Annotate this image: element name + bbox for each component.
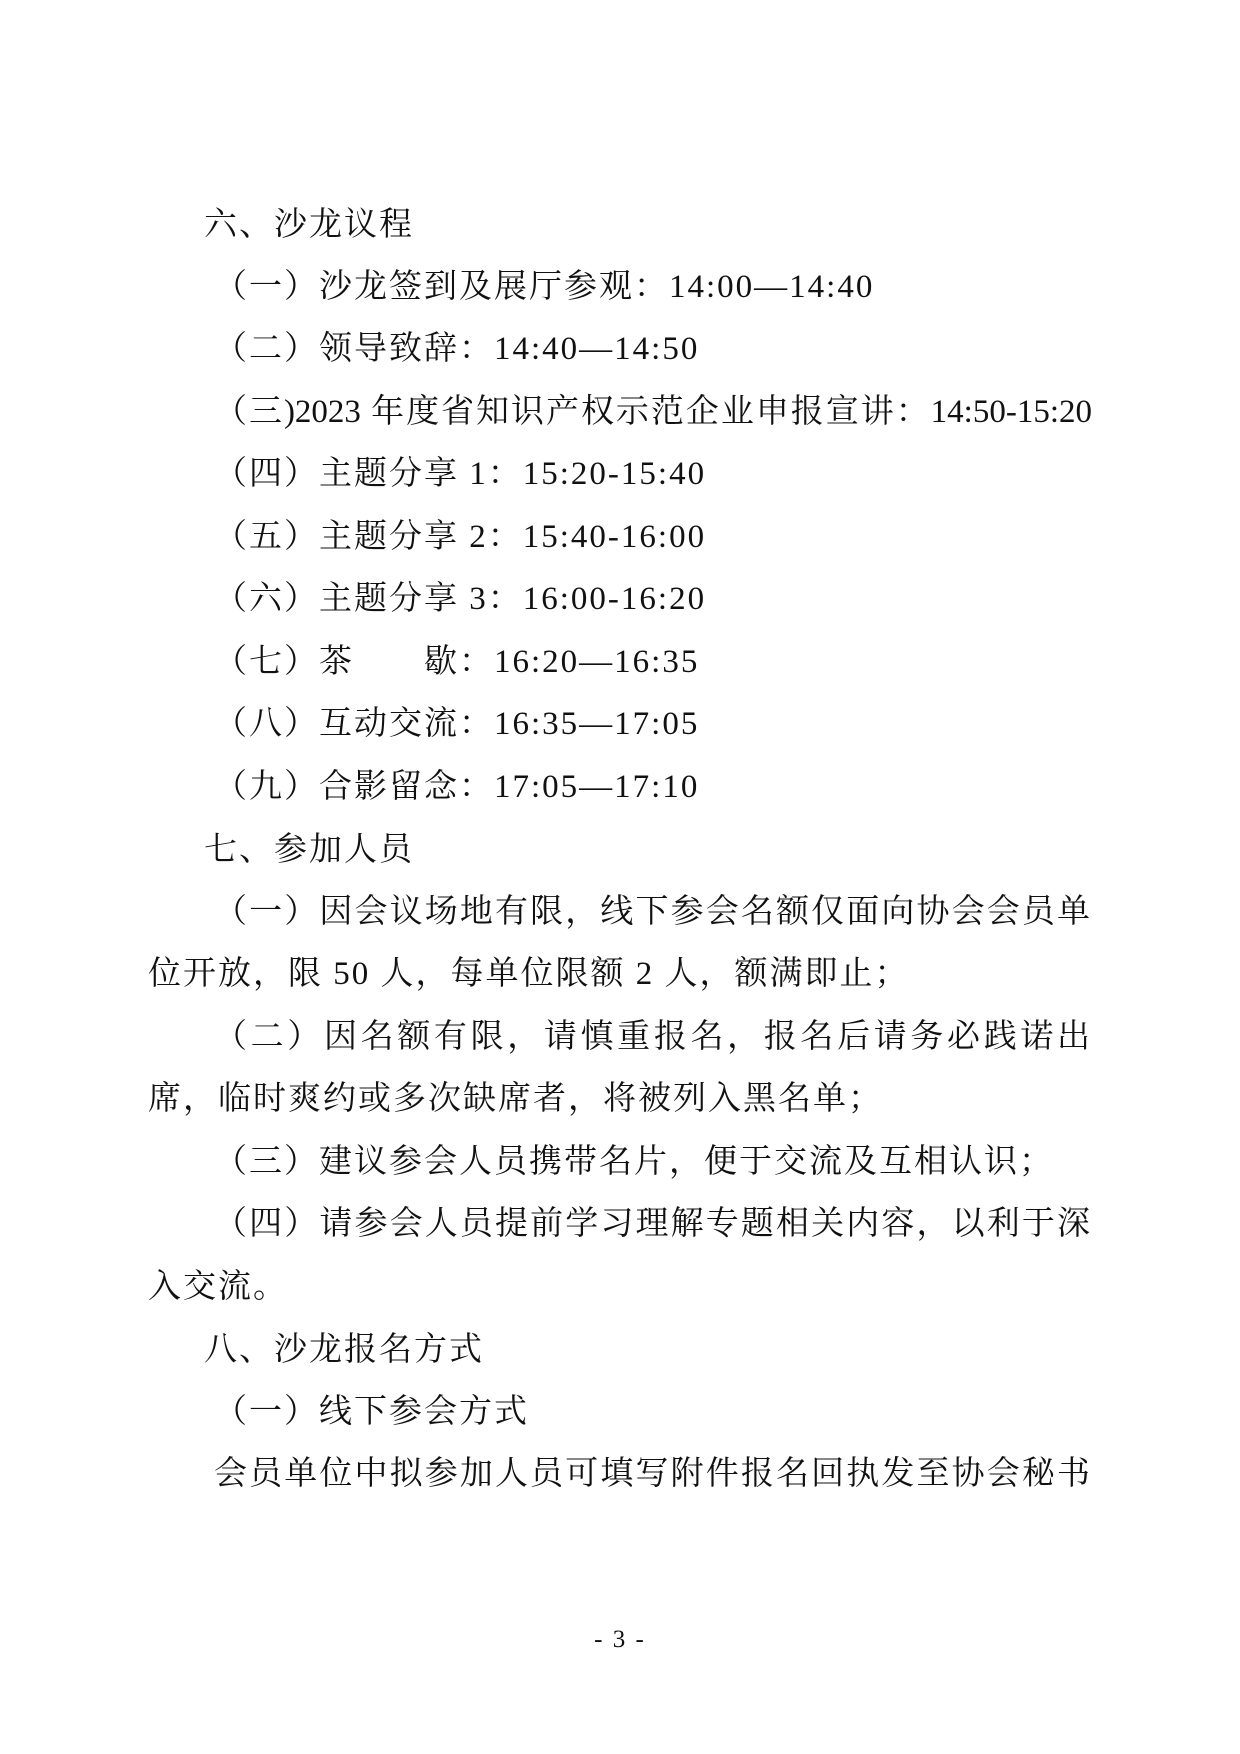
agenda-item: （六）主题分享 3：16:00-16:20 xyxy=(148,568,1092,631)
section-heading-agenda: 六、沙龙议程 xyxy=(148,193,1092,256)
document-page: 六、沙龙议程 （一）沙龙签到及展厅参观：14:00—14:40 （二）领导致辞：… xyxy=(0,0,1240,1754)
section-heading-registration: 八、沙龙报名方式 xyxy=(148,1318,1092,1381)
agenda-item: （七）茶 歇：16:20—16:35 xyxy=(148,631,1092,694)
section-heading-participants: 七、参加人员 xyxy=(148,818,1092,881)
participants-paragraph: （三）建议参会人员携带名片，便于交流及互相认识； xyxy=(148,1131,1092,1194)
agenda-item: （五）主题分享 2：15:40-16:00 xyxy=(148,506,1092,569)
agenda-item: （九）合影留念：17:05—17:10 xyxy=(148,756,1092,819)
agenda-item: （二）领导致辞：14:40—14:50 xyxy=(148,318,1092,381)
participants-paragraph: （二）因名额有限，请慎重报名，报名后请务必践诺出席，临时爽约或多次缺席者，将被列… xyxy=(148,1006,1092,1131)
agenda-item: （一）沙龙签到及展厅参观：14:00—14:40 xyxy=(148,256,1092,319)
registration-paragraph: 会员单位中拟参加人员可填写附件报名回执发至协会秘书 xyxy=(148,1443,1092,1506)
page-content: 六、沙龙议程 （一）沙龙签到及展厅参观：14:00—14:40 （二）领导致辞：… xyxy=(148,193,1092,1506)
page-number: - 3 - xyxy=(0,1626,1240,1654)
participants-paragraph: （四）请参会人员提前学习理解专题相关内容，以利于深入交流。 xyxy=(148,1193,1092,1318)
agenda-item: （三)2023 年度省知识产权示范企业申报宣讲：14:50-15:20 xyxy=(148,381,1092,444)
registration-subheading: （一）线下参会方式 xyxy=(148,1381,1092,1444)
agenda-item: （四）主题分享 1：15:20-15:40 xyxy=(148,443,1092,506)
participants-paragraph: （一）因会议场地有限，线下参会名额仅面向协会会员单位开放，限 50 人，每单位限… xyxy=(148,881,1092,1006)
agenda-item: （八）互动交流：16:35—17:05 xyxy=(148,693,1092,756)
